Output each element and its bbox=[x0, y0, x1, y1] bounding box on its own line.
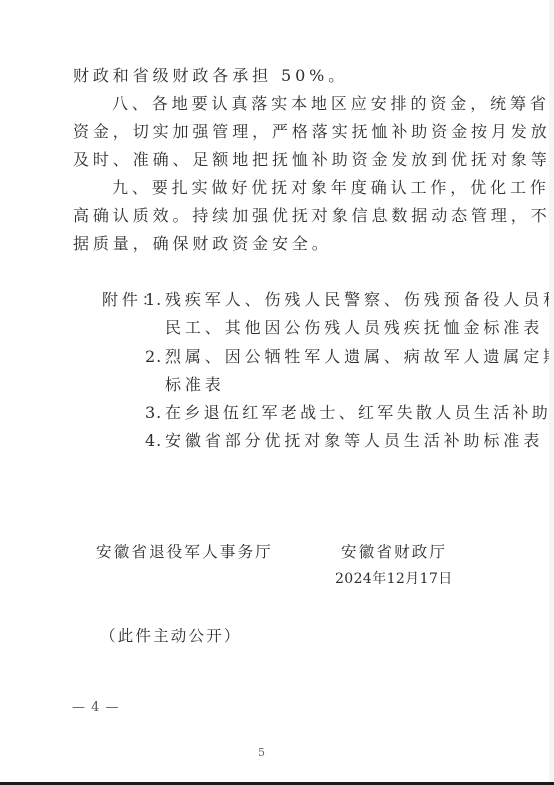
sheet-number: 5 bbox=[258, 746, 265, 759]
body-line: 八、各地要认真落实本地区应安排的资金，统筹省级以上相关 bbox=[112, 94, 554, 114]
signature-left: 安徽省退役军人事务厅 bbox=[96, 542, 273, 562]
attachment-number: 4. bbox=[145, 431, 162, 451]
disclosure-note: （此件主动公开） bbox=[100, 626, 242, 646]
attachment-number: 3. bbox=[145, 403, 162, 423]
document-page: 财政和省级财政各承担 50%。 八、各地要认真落实本地区应安排的资金，统筹省级以… bbox=[0, 0, 554, 785]
body-line: 财政和省级财政各承担 50%。 bbox=[73, 66, 348, 86]
body-line: 及时、准确、足额地把抚恤补助资金发放到优抚对象等人员手中。 bbox=[73, 150, 554, 170]
attachment-line: 标准表 bbox=[165, 375, 225, 395]
body-line: 据质量，确保财政资金安全。 bbox=[73, 234, 332, 254]
attachment-line: 烈属、因公牺牲军人遗属、病故军人遗属定期抚恤金 bbox=[165, 347, 554, 367]
page-number: — 4 — bbox=[72, 700, 120, 715]
signature-date: 2024年12月17日 bbox=[335, 569, 453, 589]
attachment-number: 2. bbox=[145, 347, 162, 367]
body-line: 九、要扎实做好优抚对象年度确认工作，优化工作方式、提 bbox=[112, 178, 554, 198]
page-edge bbox=[549, 0, 554, 782]
attachment-line: 在乡退伍红军老战士、红军失散人员生活补助标准表 bbox=[165, 403, 554, 423]
attachment-line: 民工、其他因公伤残人员残疾抚恤金标准表 bbox=[165, 318, 543, 338]
body-line: 资金，切实加强管理，严格落实抚恤补助资金按月发放规定，确保 bbox=[73, 122, 554, 142]
attachment-line: 残疾军人、伤残人民警察、伤残预备役人员和民兵 bbox=[165, 290, 554, 310]
attachment-line: 安徽省部分优抚对象等人员生活补助标准表 bbox=[165, 431, 543, 451]
attachment-number: 1. bbox=[145, 290, 162, 310]
signature-right: 安徽省财政厅 bbox=[341, 542, 447, 562]
body-line: 高确认质效。持续加强优抚对象信息数据动态管理，不断提升数 bbox=[73, 206, 554, 226]
